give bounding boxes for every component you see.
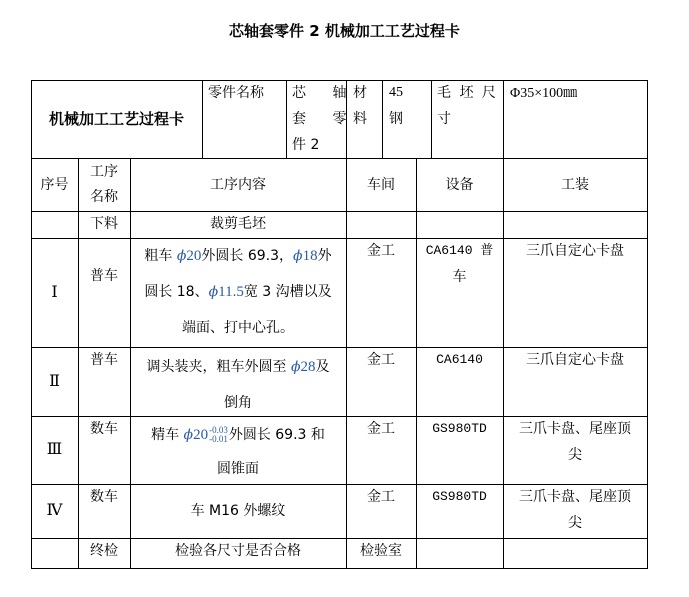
material-label-cell: 材 料 (353, 80, 382, 132)
text: 精车 (151, 427, 183, 443)
dimension-value: 20 (186, 248, 201, 264)
row-content: 调头装夹，粗车外圆至 ϕ28及 倒角 (130, 347, 346, 416)
row-seq: Ⅲ (31, 416, 78, 484)
row-equipment: GS980TD (416, 484, 503, 510)
card-title-cell: 机械加工工艺过程卡 (31, 80, 202, 158)
material-value-line: 钢 (389, 106, 431, 132)
grid-line (382, 80, 383, 158)
row-content-line: 调头装夹，粗车外圆至 ϕ28及 (130, 349, 346, 385)
col-header-workshop: 车间 (346, 158, 416, 211)
row-content-line: 端面、打中心孔。 (130, 310, 346, 346)
text: 圆长 18、 (144, 284, 208, 300)
row-seq-label: Ⅳ (47, 496, 63, 526)
col-header-workshop-label: 车间 (367, 170, 395, 200)
col-header-seq: 序号 (31, 158, 78, 211)
row-fixture-line: 尖 (503, 442, 647, 468)
row-content: 粗车 ϕ20外圆长 69.3，ϕ18外 圆长 18、ϕ11.5宽 3 沟槽以及 … (130, 238, 346, 347)
row-fixture: 三爪卡盘、尾座顶 尖 (503, 484, 647, 536)
text: 粗车 (144, 248, 176, 264)
row-content: 车 M16 外螺纹 (130, 484, 346, 538)
part-name-value-line: 件 2 (292, 132, 346, 158)
row-seq: Ⅱ (31, 347, 78, 416)
row-equipment-line: CA6140 普 (416, 238, 503, 264)
row-workshop: 检验室 (346, 538, 416, 568)
text: 外圆长 69.3 和 (229, 427, 325, 443)
row-fixture-line: 尖 (503, 510, 647, 536)
phi-symbol: ϕ (293, 248, 303, 264)
row-seq-label: Ⅰ (51, 278, 57, 308)
material-label-line: 料 (353, 106, 382, 132)
row-fixture-line: 三爪卡盘、尾座顶 (503, 416, 647, 442)
row-fixture: 三爪自定心卡盘 (503, 238, 647, 264)
card-title: 机械加工工艺过程卡 (49, 104, 184, 134)
col-header-content-label: 工序内容 (210, 170, 266, 200)
phi-symbol: ϕ (291, 359, 301, 375)
row-content: 裁剪毛坯 (130, 211, 346, 238)
text: 外 (318, 248, 332, 264)
blank-size-label-cell: 毛 坯 尺 寸 (437, 80, 503, 132)
row-content-line: 圆长 18、ϕ11.5宽 3 沟槽以及 (130, 274, 346, 310)
row-process-name: 数车 (78, 416, 130, 442)
col-header-content: 工序内容 (130, 158, 346, 211)
text: 及 (316, 359, 330, 375)
part-name-value-line: 芯 轴 (292, 80, 346, 106)
grid-line (286, 80, 287, 158)
row-seq: Ⅰ (31, 238, 78, 347)
grid-line (431, 80, 432, 158)
text: 宽 3 沟槽以及 (244, 284, 332, 300)
row-workshop: 金工 (346, 347, 416, 373)
material-value-cell: 45 钢 (389, 80, 431, 132)
row-workshop: 金工 (346, 484, 416, 510)
row-content-line: 圆锥面 (130, 452, 346, 486)
col-header-process-name-line: 工序 (78, 160, 130, 185)
row-content-line: 精车 ϕ20-0.03-0.01外圆长 69.3 和 (130, 418, 346, 452)
row-content-text: 车 M16 外螺纹 (191, 496, 286, 526)
row-workshop: 金工 (346, 416, 416, 442)
row-content: 检验各尺寸是否合格 (130, 538, 346, 568)
row-process-name: 普车 (78, 238, 130, 347)
material-value-line: 45 (389, 80, 431, 106)
col-header-equipment-label: 设备 (446, 170, 474, 200)
tolerance-lower: -0.01 (209, 435, 228, 444)
material-label-line: 材 (353, 80, 382, 106)
row-equipment: CA6140 (416, 347, 503, 373)
phi-symbol: ϕ (184, 427, 194, 443)
row-seq: Ⅳ (31, 484, 78, 538)
col-header-fixture-label: 工装 (561, 170, 589, 200)
blank-size-label-line: 毛 坯 尺 (437, 80, 503, 106)
row-equipment: CA6140 普 车 (416, 238, 503, 290)
col-header-process-name: 工序 名称 (78, 158, 130, 211)
part-name-value-cell: 芯 轴 套 零 件 2 (292, 80, 346, 158)
blank-size-value-cell: Φ35×100㎜ (510, 80, 647, 107)
blank-size-value: Φ35×100㎜ (510, 86, 577, 101)
dimension-value: 11.5 (218, 284, 244, 300)
row-equipment: GS980TD (416, 416, 503, 442)
row-fixture: 三爪卡盘、尾座顶 尖 (503, 416, 647, 468)
col-header-fixture: 工装 (503, 158, 647, 211)
row-seq-label: Ⅲ (47, 435, 62, 465)
dimension-value: 28 (301, 359, 316, 375)
row-process-name: 下料 (78, 211, 130, 238)
document-title: 芯轴套零件 2 机械加工工艺过程卡 (0, 20, 689, 41)
blank-size-label-line: 寸 (437, 106, 503, 132)
part-name-value-line: 套 零 (292, 106, 346, 132)
grid-line (503, 80, 504, 158)
phi-symbol: ϕ (209, 284, 219, 300)
row-process-name: 数车 (78, 484, 130, 510)
row-seq-label: Ⅱ (49, 367, 60, 397)
dimension-value: 20 (193, 427, 208, 443)
dimension-value: 18 (303, 248, 318, 264)
phi-symbol: ϕ (177, 248, 187, 264)
part-name-label-cell: 零件名称 (208, 80, 286, 106)
grid-line (202, 80, 203, 158)
row-fixture: 三爪自定心卡盘 (503, 347, 647, 373)
tolerance: -0.03-0.01 (209, 426, 228, 444)
col-header-process-name-line: 名称 (78, 185, 130, 210)
text: 外圆长 69.3， (201, 248, 293, 264)
row-fixture-line: 三爪卡盘、尾座顶 (503, 484, 647, 510)
row-content-line: 粗车 ϕ20外圆长 69.3，ϕ18外 (130, 238, 346, 274)
col-header-seq-label: 序号 (41, 170, 69, 200)
row-process-name: 普车 (78, 347, 130, 373)
row-equipment-line: 车 (416, 264, 503, 290)
text: 调头装夹，粗车外圆至 (147, 359, 291, 375)
col-header-equipment: 设备 (416, 158, 503, 211)
row-workshop: 金工 (346, 238, 416, 264)
row-process-name: 终检 (78, 538, 130, 568)
part-name-label: 零件名称 (208, 85, 264, 101)
row-content: 精车 ϕ20-0.03-0.01外圆长 69.3 和 圆锥面 (130, 416, 346, 484)
